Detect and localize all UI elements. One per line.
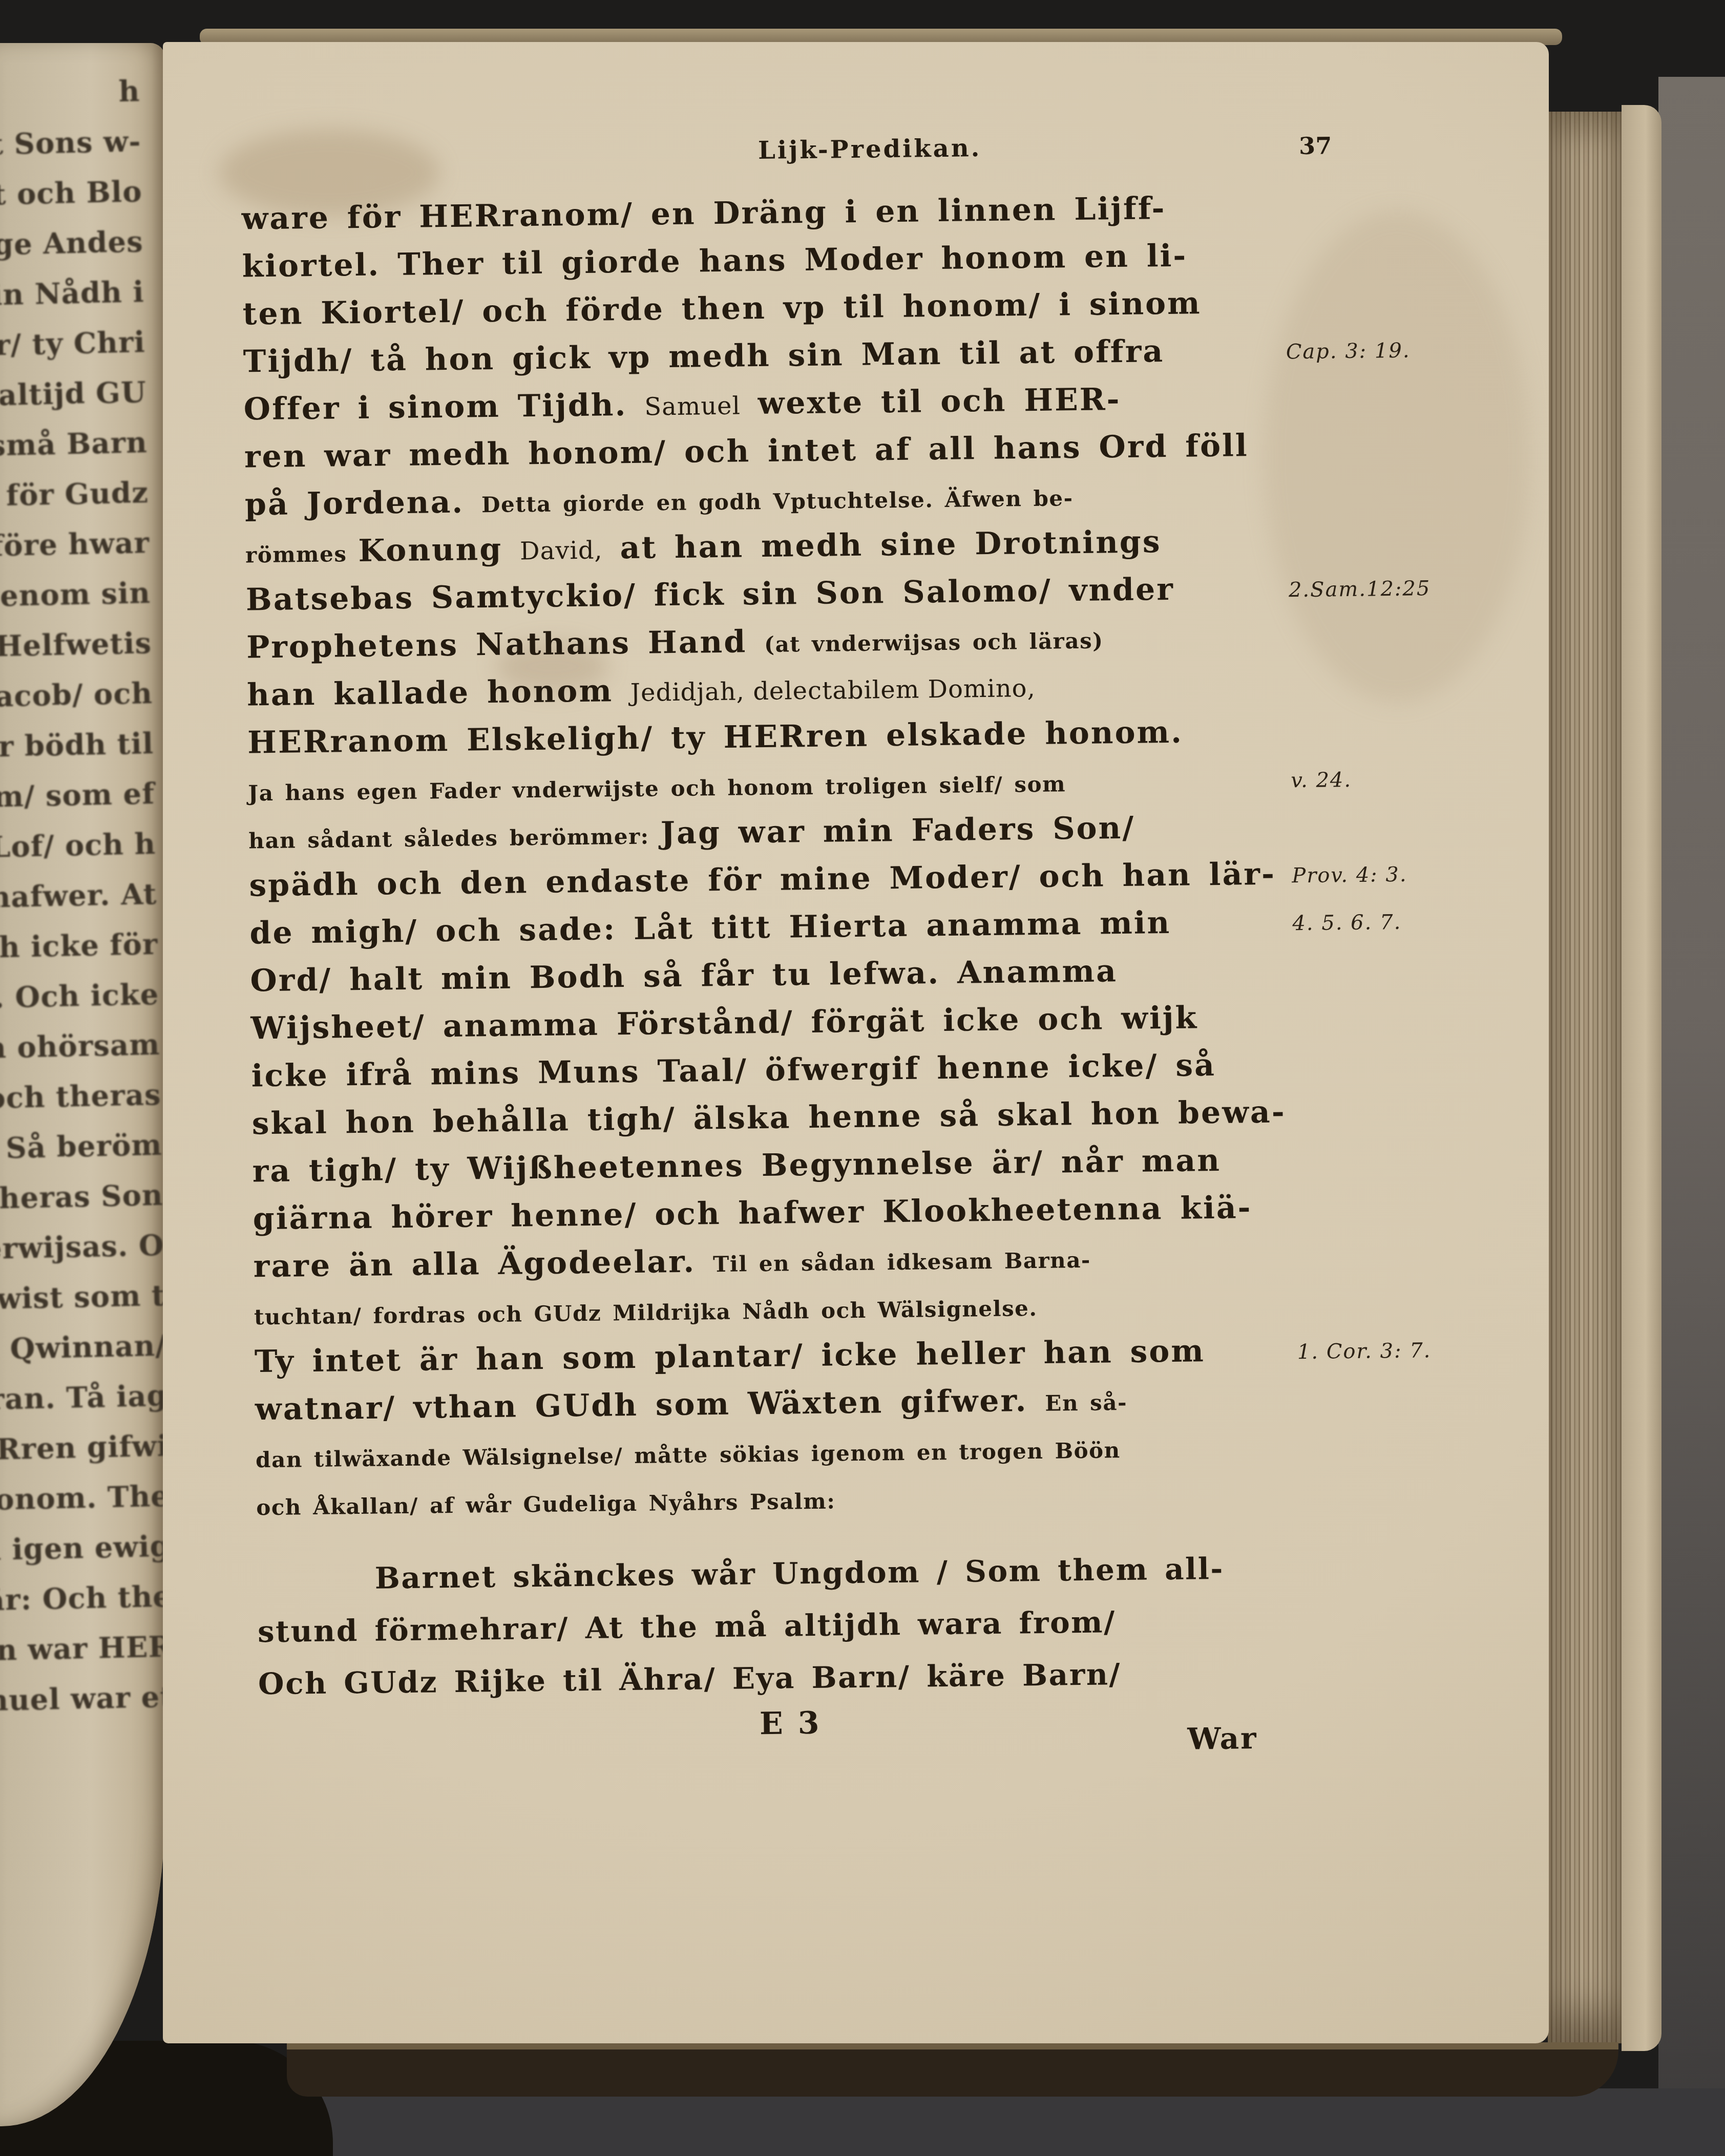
signature-mark: E 3 <box>760 1708 822 1739</box>
book-fore-edge <box>1548 112 1625 2043</box>
left-page-fragment: Gudh/ och icke för <box>0 919 158 976</box>
left-page-fragment: ERrans Lof/ och h <box>0 819 156 875</box>
catchword: War <box>1187 1723 1258 1754</box>
left-page-previous: hthe åre Gldt Sons w-igh af Kött och Blo… <box>0 43 165 2126</box>
scripture-reference: Cap. 3: 19. <box>1286 341 1411 363</box>
left-page-fragment: h <box>118 66 141 117</box>
left-page-fragment: the hade theras Son <box>0 1170 164 1228</box>
left-page-fragment: Rnamom igen ewig <box>0 1521 165 1578</box>
left-page-fragment: igh af Kött och Blo <box>0 166 143 223</box>
left-page-fragment: er HERren gifwi <box>0 1421 165 1477</box>
left-page-fragment: fast war/ och theras <box>0 1070 161 1127</box>
printed-text-layer: Lijk-Predikan. 37 ware för HERranom/ en … <box>163 42 1549 2043</box>
left-page-fragment: s Bodh. Och icke <box>0 969 159 1025</box>
left-page-fragment: s Barnom/ som ef <box>0 769 155 825</box>
book-outer-leaf <box>1622 105 1661 2051</box>
left-page-fragment: re/ så wist som t <box>0 1271 165 1326</box>
left-page-fragment: ERran. Tå iag <box>0 1371 165 1426</box>
left-page-fragment: s Stallbröder/ ty Chri <box>0 317 146 374</box>
left-page-fragment: glar städa altijd GU <box>0 367 147 424</box>
hymn-quote: Barnet skänckes wår Ungdom / Som them al… <box>257 1539 1487 1710</box>
scripture-reference: v. 24. <box>1291 770 1352 791</box>
left-page-fragment: ren medh sin Nådh i <box>0 267 145 324</box>
scripture-reference: Prov. 4: 3. <box>1292 864 1407 886</box>
left-page-fragment: wåra Fäder bödh til <box>0 718 154 775</box>
left-page-text-fragments: hthe åre Gldt Sons w-igh af Kött och Blo… <box>0 43 165 2126</box>
right-page: Lijk-Predikan. 37 ware för HERranom/ en … <box>163 42 1549 2043</box>
left-page-fragment: giordt hafwer. At <box>0 869 157 925</box>
left-page-fragment: i then helige Andes <box>0 217 144 273</box>
left-page-fragment: en Samuel war et <box>0 1672 165 1728</box>
left-page-fragment: Gudh. Så beröm <box>0 1120 163 1176</box>
left-page-fragment: h aff honom. The <box>0 1471 165 1528</box>
left-page-fragment: älligh och ohörsam <box>0 1020 160 1076</box>
left-page-fragment: then Qwinnan/ <box>0 1321 165 1376</box>
scripture-reference: 2.Sam.12:25 <box>1289 578 1431 600</box>
left-page-fragment: achter sigh derföre hwar <box>0 518 150 577</box>
left-page-fragment: n stå ochså för Gudz <box>0 468 149 525</box>
left-page-fragment: the åre Gldt Sons w- <box>0 116 141 174</box>
margin-notes: Cap. 3: 19.2.Sam.12:25v. 24.Prov. 4: 3.4… <box>163 42 1549 2043</box>
scripture-reference: 4. 5. 6. 7. <box>1292 912 1401 934</box>
photo-background: hthe åre Gldt Sons w-igh af Kött och Blo… <box>0 0 1725 2156</box>
scripture-reference: 1. Cor. 3: 7. <box>1297 1340 1432 1362</box>
background-mat-right <box>1658 77 1725 2156</box>
left-page-fragment: och vnderwijsas. O <box>0 1220 165 1277</box>
left-page-fragment: Pilten war HER <box>0 1622 165 1677</box>
left-page-fragment: bedin är: Och the <box>0 1572 165 1628</box>
left-page-fragment: För the små Barn <box>0 417 148 474</box>
left-page-fragment: Planta/ igenom sin <box>0 568 151 625</box>
book-bottom-cover <box>287 2042 1618 2097</box>
left-page-fragment: byrd i Jacob/ och <box>0 668 153 724</box>
